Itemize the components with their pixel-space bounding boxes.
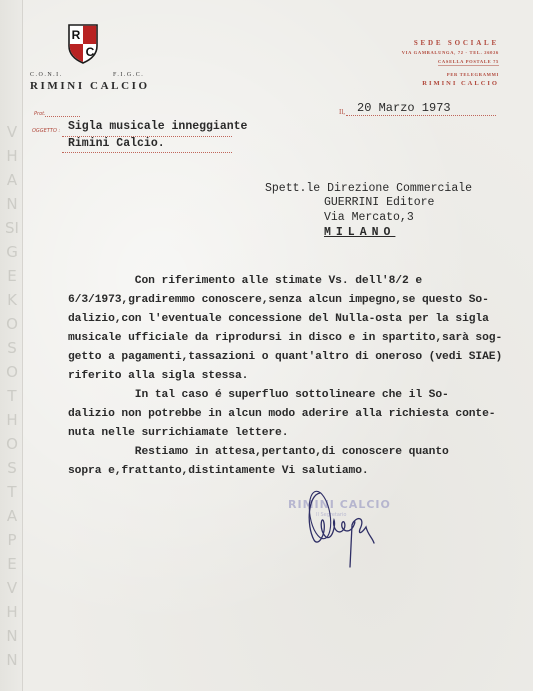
club-shield-icon: R C [68, 24, 98, 64]
club-name: RIMINI CALCIO [30, 80, 150, 92]
body-line: sopra e,frattanto,distintamente Vi salut… [68, 465, 369, 477]
prot-label: Prot. [34, 111, 46, 117]
recipient-line-2: GUERRINI Editore [324, 196, 434, 209]
recipient-line-1: Spett.le Direzione Commerciale [265, 182, 472, 195]
body-line: getto a pagamenti,tassazioni o quant'alt… [68, 351, 502, 363]
coni-label: C.O.N.I. [30, 72, 63, 78]
body-line: 6/3/1973,gradiremmo conoscere,senza alcu… [68, 294, 489, 306]
logo-letter-c: C [86, 45, 95, 59]
body-line: dalizio non potrebbe in alcun modo aderi… [68, 408, 495, 420]
body-line: Con riferimento alle stimate Vs. dell'8/… [68, 275, 422, 287]
prot-dotted-line [45, 116, 80, 117]
watermark-text: VHANSIGEKOSOTHOSTAPEVHNN [4, 120, 20, 672]
body-line: riferito alla sigla stessa. [68, 370, 248, 382]
figc-label: F.I.G.C. [113, 72, 144, 78]
body-line: Restiamo in attesa,pertanto,di conoscere… [68, 446, 449, 458]
logo-letter-r: R [72, 28, 81, 42]
subject-line-2: Rimini Calcio. [68, 137, 165, 150]
subject-line-1: Sigla musicale inneggiante [68, 120, 247, 133]
hq-address: VIA GAMBALUNGA, 72 - TEL. 26026 [402, 50, 499, 55]
hq-telegram-name: RIMINI CALCIO [422, 80, 499, 87]
hq-telegram-label: PER TELEGRAMMI [447, 72, 499, 77]
body-line: musicale ufficiale da riprodursi in disc… [68, 332, 502, 344]
subject-dotted-line-2 [62, 152, 232, 153]
body-line: In tal caso é superfluo sottolineare che… [68, 389, 449, 401]
hq-po-box: CASELLA POSTALE 75 [438, 59, 499, 66]
body-line: nuta nelle surrichiamate lettere. [68, 427, 288, 439]
hq-title: SEDE SOCIALE [414, 39, 499, 47]
date-prefix: Il, [339, 108, 345, 116]
letter-page [0, 0, 533, 691]
body-line: dalizio,con l'eventuale concessione del … [68, 313, 489, 325]
date-dotted-line [346, 115, 496, 116]
subject-label: OGGETTO : [32, 128, 60, 134]
letter-date: 20 Marzo 1973 [357, 101, 451, 115]
recipient-line-3: Via Mercato,3 [324, 211, 414, 224]
signature-icon [300, 485, 400, 570]
recipient-city: MILANO [324, 226, 395, 239]
